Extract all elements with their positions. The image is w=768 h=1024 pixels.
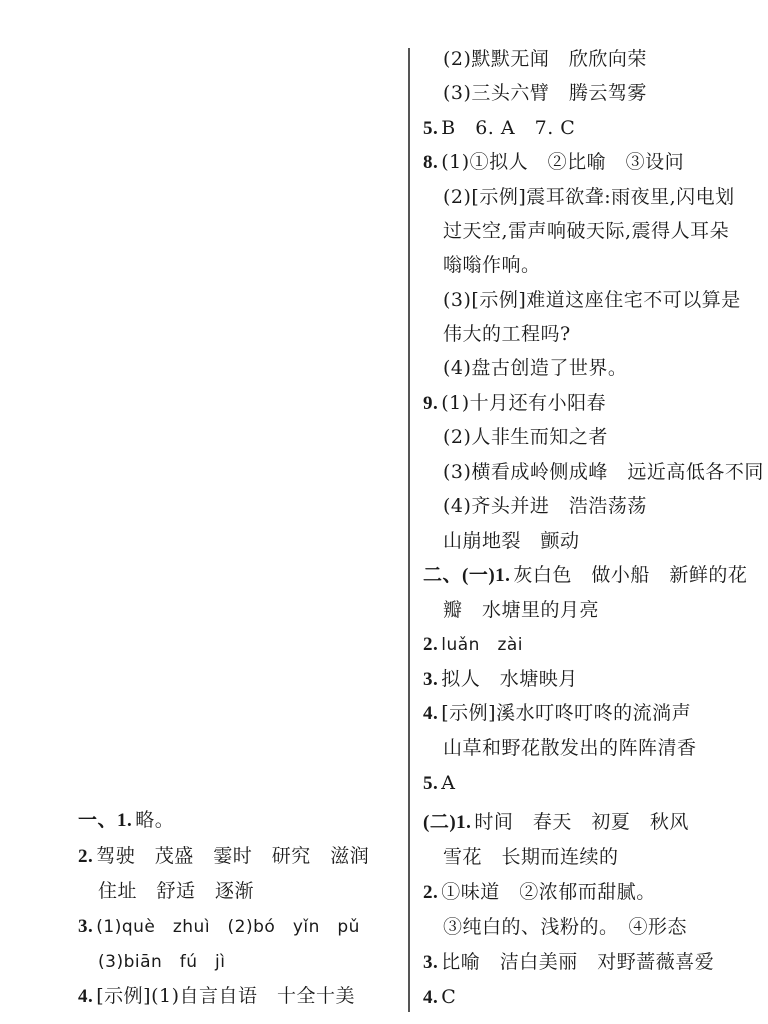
answer-line: (3)[示例]难道这座住宅不可以算是: [423, 288, 741, 312]
answer-line: 9.(1)十月还有小阳春: [423, 391, 606, 416]
question-number: (二)1.: [423, 812, 471, 833]
question-number: 8.: [423, 152, 438, 173]
question-number: 5.: [423, 118, 438, 139]
answer-line: (4)盘古创造了世界。: [423, 356, 627, 380]
question-number: 3.: [78, 916, 93, 937]
answer-line: 4.C: [423, 985, 456, 1010]
question-number: 2.: [423, 634, 438, 655]
answer-line: ③纯白的、浅粉的。 ④形态: [423, 915, 687, 939]
answer-text: 山草和野花散发出的阵阵清香: [443, 737, 697, 759]
answer-line: 嗡嗡作响。: [423, 253, 541, 277]
answer-line: 过天空,雷声响破天际,震得人耳朵: [423, 219, 729, 243]
answer-line: 山草和野花散发出的阵阵清香: [423, 736, 697, 760]
answer-text: 住址 舒适 逐渐: [98, 880, 254, 902]
question-number: 2.: [423, 882, 438, 903]
question-number: 4.: [423, 987, 438, 1008]
answer-text: 雪花 长期而连续的: [443, 846, 619, 868]
answer-line: (2)人非生而知之者: [423, 425, 608, 449]
answer-text: (4)盘古创造了世界。: [443, 357, 627, 379]
answer-line: 一、1.略。: [78, 808, 174, 833]
answer-line: 4.[示例](1)自言自语 十全十美: [78, 984, 355, 1009]
answer-line: 二、(一)1.灰白色 做小船 新鲜的花: [423, 563, 747, 588]
answer-text: (2)[示例]震耳欲聋:雨夜里,闪电划: [443, 186, 735, 208]
answer-text: ③纯白的、浅粉的。 ④形态: [443, 916, 687, 938]
answer-text: 略。: [135, 809, 174, 831]
answer-text: 灰白色 做小船 新鲜的花: [513, 564, 747, 586]
answer-line: (2)[示例]震耳欲聋:雨夜里,闪电划: [423, 185, 735, 209]
question-number: 二、(一)1.: [423, 565, 510, 586]
answer-line: (3)三头六臂 腾云驾雾: [423, 81, 647, 105]
answer-line: (4)齐头并进 浩浩荡荡: [423, 494, 647, 518]
answer-text: 过天空,雷声响破天际,震得人耳朵: [443, 220, 729, 242]
answer-line: (3)biān fú jì: [78, 949, 226, 974]
answer-text: 比喻 洁白美丽 对野蔷薇喜爱: [441, 951, 714, 973]
answer-text: 嗡嗡作响。: [443, 254, 541, 276]
answer-line: 山崩地裂 颤动: [423, 529, 580, 553]
answer-line: 8.(1)①拟人 ②比喻 ③设问: [423, 150, 684, 175]
question-number: 9.: [423, 393, 438, 414]
answer-line: 2.①味道 ②浓郁而甜腻。: [423, 880, 656, 905]
column-divider: [408, 48, 410, 1012]
answer-line: 3.比喻 洁白美丽 对野蔷薇喜爱: [423, 950, 714, 975]
question-number: 4.: [423, 703, 438, 724]
answer-text: (3)横看成岭侧成峰 远近高低各不同: [443, 461, 764, 483]
answer-line: 瓣 水塘里的月亮: [423, 598, 599, 622]
answer-text: (4)齐头并进 浩浩荡荡: [443, 495, 647, 517]
answer-text: B 6. A 7. C: [441, 117, 575, 139]
answer-text: (3)三头六臂 腾云驾雾: [443, 82, 647, 104]
answer-line: 2.驾驶 茂盛 霎时 研究 滋润: [78, 844, 369, 869]
question-number: 5.: [423, 773, 438, 794]
answer-line: 住址 舒适 逐渐: [78, 879, 254, 903]
answer-text: 拟人 水塘映月: [441, 668, 578, 690]
answer-line: 3.(1)què zhuì (2)bó yǐn pǔ: [78, 914, 360, 939]
answer-text: ①味道 ②浓郁而甜腻。: [441, 881, 656, 903]
answer-text: (1)十月还有小阳春: [441, 392, 606, 414]
answer-text: (2)默默无闻 欣欣向荣: [443, 48, 647, 70]
answer-text: C: [441, 986, 456, 1008]
answer-line: (3)横看成岭侧成峰 远近高低各不同: [423, 460, 764, 484]
answer-text: 时间 春天 初夏 秋风: [474, 811, 689, 833]
answer-text: 山崩地裂 颤动: [443, 530, 580, 552]
answer-text: (1)què zhuì (2)bó yǐn pǔ: [96, 917, 360, 937]
answer-text: [示例]溪水叮咚叮咚的流淌声: [441, 702, 691, 724]
question-number: 3.: [423, 952, 438, 973]
answer-text: [示例](1)自言自语 十全十美: [96, 985, 355, 1007]
answer-text: A: [441, 772, 455, 794]
answer-line: 3.拟人 水塘映月: [423, 667, 578, 692]
answer-text: 瓣 水塘里的月亮: [443, 599, 599, 621]
answer-line: 4.[示例]溪水叮咚叮咚的流淌声: [423, 701, 691, 726]
question-number: 4.: [78, 986, 93, 1007]
answer-text: (1)①拟人 ②比喻 ③设问: [441, 151, 684, 173]
answer-text: (3)biān fú jì: [98, 952, 226, 972]
question-number: 一、1.: [78, 810, 132, 831]
answer-text: 驾驶 茂盛 霎时 研究 滋润: [96, 845, 369, 867]
answer-text: luǎn zài: [441, 635, 523, 655]
answer-text: (2)人非生而知之者: [443, 426, 608, 448]
answer-line: 5.B 6. A 7. C: [423, 116, 575, 141]
answer-line: 雪花 长期而连续的: [423, 845, 619, 869]
question-number: 2.: [78, 846, 93, 867]
question-number: 3.: [423, 669, 438, 690]
answer-line: (2)默默无闻 欣欣向荣: [423, 47, 647, 71]
answer-line: 5.A: [423, 771, 455, 796]
answer-text: (3)[示例]难道这座住宅不可以算是: [443, 289, 741, 311]
answer-line: (二)1.时间 春天 初夏 秋风: [423, 810, 689, 835]
answer-line: 伟大的工程吗?: [423, 322, 571, 346]
answer-line: 2.luǎn zài: [423, 632, 523, 657]
answer-text: 伟大的工程吗?: [443, 323, 571, 345]
